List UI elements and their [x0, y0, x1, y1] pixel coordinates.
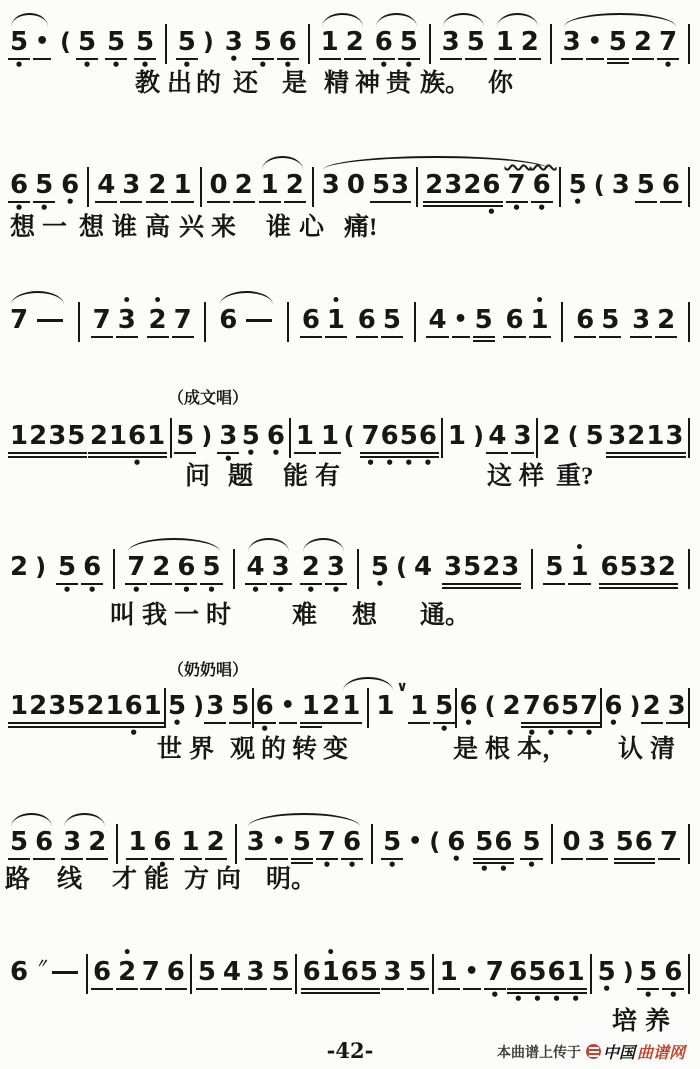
- note: 6•: [447, 828, 465, 865]
- note-group: [204, 306, 206, 342]
- beam-underline: [381, 988, 403, 992]
- beam-underline: [568, 583, 590, 587]
- barline: [416, 167, 418, 207]
- beam-underline: [465, 58, 487, 62]
- lyric-char: 明。: [266, 866, 316, 894]
- note: 0: [563, 828, 581, 862]
- note: 2: [148, 171, 166, 205]
- parenthesis: ): [203, 28, 214, 56]
- barline: [559, 167, 561, 207]
- note: 2: [543, 422, 561, 450]
- note: •1: [531, 306, 549, 340]
- note-group: [87, 171, 89, 207]
- note-group-slur: 6•5•: [375, 28, 418, 71]
- note: 1: [144, 692, 162, 730]
- disc-icon: [586, 1044, 601, 1059]
- beam-underline: [381, 336, 403, 340]
- note-group: [688, 553, 690, 589]
- note-group: [531, 553, 533, 589]
- note: 3: [48, 692, 66, 730]
- lyric-char: 的: [196, 70, 221, 98]
- note: 6•: [61, 171, 79, 208]
- octave-dot-below: •: [39, 205, 49, 214]
- octave-dot-below: •: [246, 450, 256, 459]
- note: 7•: [362, 422, 380, 469]
- octave-dot-below: •: [464, 720, 474, 729]
- note-group: 6〃: [10, 958, 80, 986]
- note: 1: [410, 692, 428, 726]
- note: •1: [570, 553, 588, 587]
- note-group-slur: 11: [342, 692, 394, 728]
- singer-label: （成文唱）: [168, 385, 248, 408]
- beam-underline: [344, 58, 366, 62]
- lyric-char: 本，: [517, 736, 567, 764]
- note-group: 02: [209, 171, 252, 205]
- beam-underline: [33, 58, 51, 62]
- octave-dot-below: •: [514, 996, 524, 1005]
- barline: [113, 549, 115, 589]
- barline: [561, 302, 563, 342]
- music-line: 1235216•15)3•5•6•11(7•6•5•6•1)432(53213: [0, 422, 700, 469]
- note-group: 5•6•: [254, 28, 297, 71]
- note: 7: [174, 306, 192, 340]
- breath-mark: ∨: [397, 692, 408, 706]
- note-group: 23: [643, 692, 686, 726]
- beam-underline: [494, 58, 516, 62]
- parenthesis: (: [429, 828, 440, 856]
- note-group: [550, 28, 552, 64]
- note: 6: [219, 306, 237, 334]
- lyric-char: 培: [612, 1008, 637, 1036]
- note: 7: [660, 828, 678, 862]
- note: 5•: [254, 28, 272, 71]
- beam-underline: [205, 858, 227, 862]
- lyric-char: 的: [261, 736, 286, 764]
- note: 1: [342, 692, 360, 726]
- note-group: [688, 306, 690, 342]
- lyric-row: 叫我一时难想通。: [0, 602, 700, 632]
- beam-underline: [340, 722, 362, 726]
- note: 1: [147, 422, 165, 460]
- note-group: 1235216•1: [10, 692, 162, 739]
- note: 5•: [522, 828, 540, 871]
- note: 7: [142, 958, 160, 992]
- beam-underline: [174, 452, 196, 456]
- note: 5•: [598, 958, 616, 995]
- note-group-slur: 32: [63, 828, 106, 862]
- lyric-char: 是: [453, 736, 478, 764]
- note-group: 35: [246, 958, 289, 992]
- lyric-char: 想: [10, 214, 35, 242]
- octave-dot-above: •: [322, 949, 340, 957]
- lyric-char: 才: [112, 866, 137, 894]
- octave-dot-below: •: [668, 992, 678, 1001]
- music-line: 5••(5•5•5•5•)3•5•6•126•5•35123•527•: [0, 28, 700, 71]
- note-group: 5•: [522, 828, 540, 871]
- barline: [590, 954, 592, 994]
- note-group: 65: [358, 306, 401, 340]
- note: 5: [409, 958, 427, 992]
- note: 7•www: [508, 171, 526, 214]
- beam-underline: [145, 452, 167, 460]
- logo-text-red: 曲谱网: [637, 1040, 685, 1063]
- beam-underline: [586, 858, 608, 862]
- beam-underline: [65, 452, 87, 460]
- beam-underline: [284, 201, 306, 205]
- note: 2: [86, 692, 104, 730]
- octave-dot-above: •: [118, 297, 136, 305]
- beam-underline: [172, 336, 194, 340]
- beam-underline: [633, 858, 655, 866]
- note: 6•: [153, 828, 171, 871]
- note-group: [688, 828, 690, 864]
- note-group: [414, 306, 416, 342]
- note: 6•: [177, 553, 195, 596]
- barline: [190, 954, 192, 994]
- octave-dot-below: •: [271, 450, 281, 459]
- lyric-char: 向: [216, 866, 241, 894]
- note: 5: [545, 553, 563, 587]
- barline: [367, 688, 369, 728]
- note: 2: [29, 422, 47, 460]
- note-group: (5•: [60, 28, 96, 71]
- note-group: 65: [576, 306, 619, 340]
- note-group: 6532: [601, 553, 676, 591]
- lyric-char: 清: [650, 736, 675, 764]
- note: 1: [128, 828, 146, 862]
- lyric-char: 界: [189, 736, 214, 764]
- note: 5: [360, 958, 378, 996]
- note-group: 5•6•: [639, 958, 682, 1001]
- augmentation-dot: •: [281, 692, 295, 726]
- note-group: 5•): [168, 692, 204, 729]
- note-row: 1235216•15)3•5•6•11(7•6•5•6•1)432(53213: [0, 422, 700, 469]
- beam-underline: [529, 336, 551, 340]
- note: 3: [563, 28, 581, 62]
- lyric-char: 路: [5, 866, 30, 894]
- lyric-char: 叫: [110, 602, 135, 630]
- note: 3: [501, 553, 519, 591]
- augmentation-dot: •: [272, 828, 286, 862]
- beam-underline: [641, 722, 663, 726]
- note: 1: [10, 422, 28, 460]
- note: 6: [576, 306, 594, 340]
- lyric-char: 世: [157, 736, 182, 764]
- beam-underline: [356, 336, 378, 340]
- lyric-char: 转: [292, 736, 317, 764]
- note-group: [116, 828, 118, 864]
- dash-note: [244, 306, 274, 322]
- note: 5: [272, 958, 290, 992]
- jianpu-sheet-page: 5••(5•5•5•5•)3•5•6•126•5•35123•527•教出的还是…: [0, 0, 700, 1069]
- beam-underline: [586, 58, 604, 62]
- lyric-char: 痛!: [344, 214, 377, 242]
- note-group: 5•: [136, 28, 154, 71]
- note-group-slur: 12: [261, 171, 304, 205]
- beam-underline: [561, 58, 583, 62]
- lyric-char: 你: [488, 70, 513, 98]
- note: 2: [482, 553, 500, 591]
- beam-underline: [325, 336, 347, 340]
- octave-dot-above: •: [570, 544, 588, 552]
- note: 3: [513, 422, 531, 456]
- lyric-char: 一: [174, 602, 199, 630]
- note: 5•: [202, 553, 220, 596]
- note: 6: [662, 171, 680, 205]
- note: 2: [521, 28, 539, 62]
- note-group: 1•7•: [440, 958, 504, 1001]
- note-group: 5•(4: [371, 553, 432, 590]
- note-group: ∨: [397, 692, 408, 706]
- note: 2: [286, 171, 304, 205]
- note: 2: [90, 422, 108, 460]
- octave-dot-below: •: [643, 992, 653, 1001]
- beam-underline: [207, 201, 229, 205]
- note: 4: [223, 958, 241, 992]
- beam-underline: [319, 58, 341, 62]
- lyric-char: 一: [42, 214, 67, 242]
- note: 5: [231, 692, 249, 726]
- music-line: 1235216•15•)356••1211∨15•6•(27•6•5•7•6•)…: [0, 692, 700, 739]
- note-group: [455, 692, 457, 728]
- note: 5: [67, 422, 85, 460]
- note: 3: [246, 958, 264, 992]
- note: 5•: [569, 171, 587, 208]
- barline: [87, 167, 89, 207]
- note: 6•www: [533, 171, 551, 214]
- note: 4: [488, 422, 506, 456]
- note: •1: [327, 306, 345, 340]
- lyric-char: 样: [519, 463, 544, 491]
- note-group: [235, 828, 237, 864]
- octave-dot-above: •: [531, 297, 549, 305]
- note-group: (7•6•5•6•: [344, 422, 437, 469]
- note: 6: [93, 958, 111, 992]
- beam-underline: [358, 988, 380, 996]
- note: 4: [414, 553, 432, 581]
- note: 5: [475, 306, 493, 344]
- note: 3: [322, 171, 340, 199]
- note-row: 6〃6•27654356•165351•7•6•5•6•1•5•)5•6•: [0, 958, 700, 1005]
- note-row: 6•5•6•4321021230532326•7•www6•www5•(356: [0, 171, 700, 218]
- lyric-row: 想一想谁高兴来谁心痛!: [0, 214, 700, 244]
- parenthesis: (: [60, 28, 71, 56]
- note-group: [441, 422, 443, 458]
- note: 6: [601, 553, 619, 591]
- note: 5: [372, 171, 390, 205]
- note-group: [551, 828, 553, 864]
- octave-dot-below: •: [602, 986, 612, 995]
- lyric-char: 还: [233, 70, 258, 98]
- note-group-slur: 3•57•6•: [247, 828, 361, 871]
- note: 6•: [664, 958, 682, 1001]
- note: 3: [63, 828, 81, 862]
- note-group: 2): [10, 553, 46, 581]
- note: 2: [207, 828, 225, 862]
- note: •2: [149, 306, 167, 340]
- octave-dot-above: •: [327, 297, 345, 305]
- note-group: 03: [563, 828, 606, 862]
- lyric-char: 我: [142, 602, 167, 630]
- note: 2: [658, 553, 676, 591]
- beam-underline: [116, 988, 138, 992]
- octave-dot-below: •: [14, 205, 24, 214]
- note: 4: [428, 306, 446, 340]
- barline: [455, 688, 457, 728]
- note: 3: [206, 692, 224, 726]
- note: 6: [10, 958, 28, 986]
- note: 1: [182, 828, 200, 862]
- beam-underline: [91, 336, 113, 340]
- note-group: [559, 171, 561, 207]
- octave-dot-below: •: [229, 56, 239, 65]
- note: 6•: [459, 692, 477, 729]
- lyric-row: 世界观的转变是根本，认清: [0, 736, 700, 766]
- note: 6•: [542, 692, 560, 739]
- note: 1: [321, 422, 339, 456]
- octave-dot-below: •: [172, 720, 182, 729]
- lyric-char: 精: [324, 70, 349, 98]
- note: 5•: [400, 28, 418, 71]
- lyric-char: 想: [352, 602, 377, 630]
- note: 1: [302, 692, 320, 730]
- note: 1: [646, 422, 664, 460]
- beam-underline: [499, 583, 521, 591]
- lyric-char: 通。: [420, 602, 470, 630]
- note-group-slur: 5••: [10, 28, 49, 71]
- barline: [688, 24, 690, 64]
- note: 2: [503, 692, 521, 720]
- barline: [86, 954, 88, 994]
- note-group: 16•: [128, 828, 171, 871]
- note: 6•: [509, 958, 527, 1005]
- note: 7•: [580, 692, 598, 739]
- logo-text-black: 中国: [603, 1040, 635, 1063]
- note-group: 32: [632, 306, 675, 340]
- beam-underline: [270, 988, 292, 992]
- note: 5•: [58, 553, 76, 596]
- octave-dot-below: •: [306, 587, 316, 596]
- barline: [204, 302, 206, 342]
- barline: [688, 954, 690, 994]
- barline: [531, 549, 533, 589]
- octave-dot-below: •: [207, 587, 217, 596]
- beam-underline: [245, 858, 267, 862]
- note: 2: [643, 692, 661, 726]
- ornament-mark: 〃: [35, 958, 48, 972]
- note-group: 6•1: [505, 306, 548, 340]
- octave-dot-below: •: [331, 587, 341, 596]
- parenthesis: ): [193, 692, 204, 720]
- octave-dot-above: •: [118, 949, 136, 957]
- note-group: 15•: [410, 692, 453, 735]
- barline: [550, 24, 552, 64]
- lyric-row: 路线才能方向明。: [0, 866, 700, 896]
- note-group: [200, 171, 202, 207]
- note: 5•: [78, 28, 96, 71]
- barline: [688, 549, 690, 589]
- beam-underline: [8, 858, 30, 862]
- note: 6•: [125, 692, 143, 739]
- note-group: [308, 28, 310, 64]
- note: 1: [496, 28, 514, 62]
- barline: [551, 824, 553, 864]
- note: 0: [209, 171, 227, 205]
- note: 3: [48, 422, 66, 460]
- lyric-char: 兴: [179, 214, 204, 242]
- barline: [688, 302, 690, 342]
- beam-underline: [270, 858, 288, 862]
- note: 7•: [318, 828, 336, 871]
- note: 5: [67, 692, 85, 730]
- beam-underline: [180, 858, 202, 862]
- beam-underline: [204, 722, 226, 726]
- barline: [116, 824, 118, 864]
- beam-underline: [503, 336, 525, 340]
- note: 5•: [561, 692, 579, 739]
- note: 1•: [567, 958, 585, 1005]
- beam-underline: [320, 722, 342, 726]
- barline: [414, 302, 416, 342]
- note: 5: [586, 422, 604, 450]
- singer-label: （奶奶唱）: [168, 657, 248, 680]
- note: 4•: [247, 553, 265, 596]
- octave-dot-below: •: [573, 199, 583, 208]
- barline: [78, 302, 80, 342]
- beam-underline: [91, 988, 113, 992]
- note: 5: [383, 306, 401, 340]
- note: 2: [346, 28, 364, 62]
- note-group: 7•6•5•7•: [523, 692, 598, 739]
- lyric-char: 时: [206, 602, 231, 630]
- note: 1: [448, 422, 466, 450]
- octave-dot-below: •: [182, 587, 192, 596]
- beam-underline: [279, 722, 297, 726]
- lyric-char: 谁: [266, 214, 291, 242]
- beam-underline: [146, 201, 168, 205]
- note-row: 1235216•15•)356••1211∨15•6•(27•6•5•7•6•)…: [0, 692, 700, 739]
- note-group: 43: [488, 422, 531, 456]
- note-group: 6•): [604, 692, 640, 729]
- note: 6•: [604, 692, 622, 729]
- barline: [200, 167, 202, 207]
- beam-underline: [229, 722, 251, 726]
- octave-dot-below: •: [251, 587, 261, 596]
- note-group: [78, 306, 80, 342]
- note-group: 12: [182, 828, 225, 862]
- note: 3: [444, 171, 462, 209]
- beam-underline: [473, 336, 495, 344]
- note-group: [190, 958, 192, 994]
- note-group-slur: 30532326•7•www6•www: [322, 171, 551, 218]
- beam-underline: [561, 858, 583, 862]
- note-group: 11: [296, 422, 339, 456]
- note-group: 35: [383, 958, 426, 992]
- note: 3: [632, 306, 650, 340]
- barline: [432, 954, 434, 994]
- beam-underline: [142, 722, 164, 730]
- parenthesis: ): [629, 692, 640, 720]
- note-group: 43: [97, 171, 140, 205]
- barline: [371, 824, 373, 864]
- note-group: 6•: [61, 171, 79, 208]
- note: 1: [376, 692, 394, 720]
- note-group: [688, 692, 690, 728]
- site-logo[interactable]: 中国 曲谱网: [586, 1040, 685, 1063]
- note: 3: [612, 171, 630, 199]
- note: 3: [383, 958, 401, 992]
- note: •2: [118, 958, 136, 992]
